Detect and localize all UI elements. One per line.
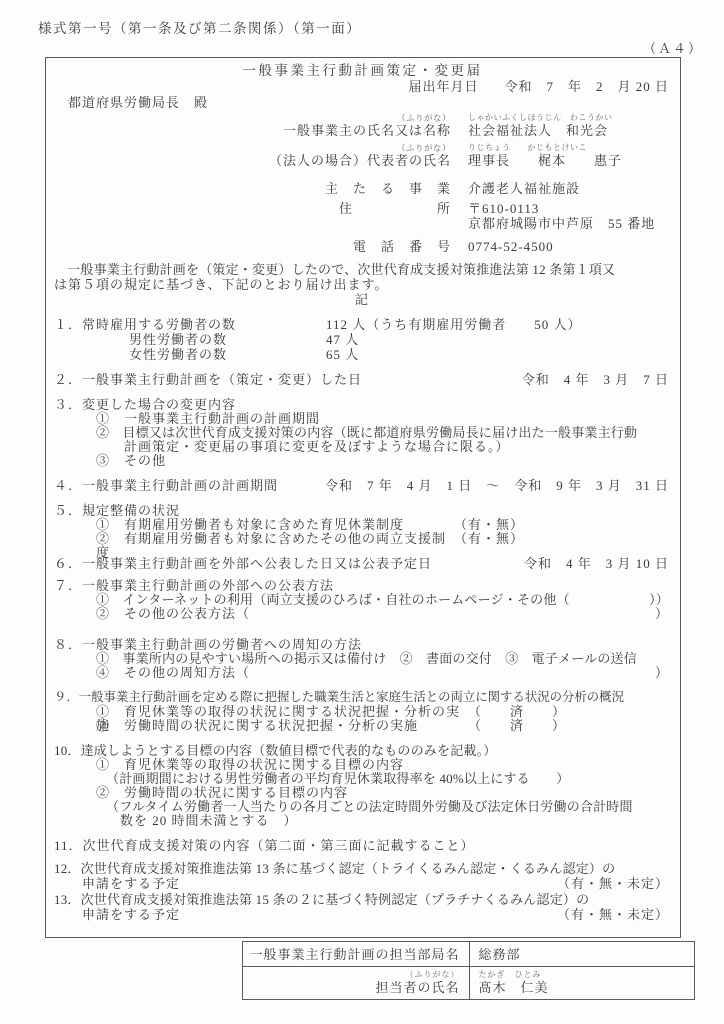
furigana-caption: （ふりがな） bbox=[54, 143, 451, 153]
item-4-value: 令和 7 年 4 月 1 日 ～ 令和 9 年 3 月 31 日 bbox=[325, 478, 671, 493]
item-13-label2: 申請をする予定 bbox=[82, 907, 180, 922]
filing-date-label: 届出年月日 bbox=[408, 79, 478, 94]
contact-label: 担当者の氏名 bbox=[245, 980, 459, 996]
phone-row: 電 話 番 号 0774-52-4500 bbox=[54, 239, 671, 254]
item-1-total: 112 人（うち有期雇用労働者 50 人） bbox=[326, 317, 582, 332]
paper-size-label: （Ａ４） bbox=[643, 41, 703, 56]
item-5-sub1-choice: （有・無） bbox=[454, 518, 524, 532]
contact-person-row: （ふりがな） 担当者の氏名 たかぎ ひとみ 髙木 仁美 bbox=[243, 967, 695, 1000]
item-3-sub3: ③ その他 bbox=[54, 454, 671, 468]
item-6-publication-date: ６．一般事業主行動計画を外部へ公表した日又は公表予定日 令和 4 年 3 月 1… bbox=[54, 556, 671, 571]
form-title: 一般事業主行動計画策定・変更届 bbox=[54, 63, 671, 78]
department-value-cell: 総務部 bbox=[470, 942, 695, 967]
item-10-sub1-detail: （計画期間における男性労働者の平均育児休業取得率を 40%以上にする ） bbox=[54, 772, 671, 786]
item-7-sub2-close: ） bbox=[655, 607, 671, 621]
department-row: 一般事業主行動計画の担当部局名 総務部 bbox=[243, 942, 695, 967]
furigana-caption: （ふりがな） bbox=[245, 970, 459, 980]
phone-value: 0774-52-4500 bbox=[451, 239, 554, 254]
item-7-sub1-close: ）） bbox=[649, 593, 671, 607]
item-13-label: 13．次世代育成支援対策推進法第 15 条の２に基づく特例認定（プラチナくるみん… bbox=[54, 892, 671, 907]
employer-name-label: 一般事業主の氏名又は名称 bbox=[54, 123, 451, 138]
item-8-sub1: ① 事業所内の見やすい場所への掲示又は備付け ② 書面の交付 ③ 電子メールの送… bbox=[54, 652, 671, 666]
item-8-notification-method: ８．一般事業主行動計画の労働者への周知の方法 ① 事業所内の見やすい場所への掲示… bbox=[54, 637, 671, 680]
main-business-value: 介護老人福祉施設 bbox=[451, 181, 580, 196]
item-13-choice: （有・無・未定） bbox=[557, 907, 671, 922]
item-7-publication-method: ７．一般事業主行動計画の外部への公表方法 ① インターネットの利用（両立支援のひ… bbox=[54, 578, 671, 621]
address-value: 京都府城陽市中芦原 55 番地 bbox=[451, 216, 655, 231]
item-8-sub2: ④ その他の周知方法（ bbox=[96, 666, 250, 680]
item-11-support-measures: 11．次世代育成支援対策の内容（第二面・第三面に記載すること） bbox=[54, 838, 671, 853]
employer-name-row: 一般事業主の氏名又は名称 社会福祉法人 和光会 bbox=[54, 123, 671, 138]
representative-furigana: りじちょう かじもとけいこ bbox=[451, 143, 587, 153]
form-style-number: 様式第一号（第一条及び第二条関係）（第一面） bbox=[38, 21, 361, 36]
preamble-line1: 一般事業主行動計画を（策定・変更）したので、次世代育成支援対策推進法第 12 条… bbox=[54, 262, 671, 277]
item-10-label: 10．達成しようとする目標の内容（数値目標で代表的なもののみを記載。） bbox=[54, 743, 671, 758]
item-10-goals: 10．達成しようとする目標の内容（数値目標で代表的なもののみを記載。） ① 育児… bbox=[54, 743, 671, 828]
item-7-sub2: ② その他の公表方法（ bbox=[96, 607, 250, 621]
item-10-sub2-detail-line2: 数を 20 時間未満とする ） bbox=[54, 814, 671, 828]
address-label: 住 所 bbox=[54, 201, 451, 216]
item-12-choice: （有・無・未定） bbox=[557, 876, 671, 891]
contact-info-table: 一般事業主行動計画の担当部局名 総務部 （ふりがな） 担当者の氏名 たかぎ ひと… bbox=[242, 941, 695, 1000]
item-8-sub2-close: ） bbox=[655, 666, 671, 680]
representative-furigana-row: （ふりがな） りじちょう かじもとけいこ bbox=[54, 143, 671, 153]
employer-name-furigana: しゃかいふくしほうじん わこうかい bbox=[451, 113, 613, 123]
item-10-sub2-detail-line1: （フルタイム労働者一人当たりの各月ごとの法定時間外労働及び法定休日労働の合計時間 bbox=[54, 800, 671, 814]
item-9-sub1-status: （ 済 ） bbox=[468, 705, 566, 719]
item-2-value: 令和 4 年 3 月 7 日 bbox=[522, 372, 671, 387]
item-1-female-value: 65 人 bbox=[326, 347, 359, 362]
representative-row: （法人の場合）代表者の氏名 理事長 梶本 惠子 bbox=[54, 153, 671, 168]
item-13-platinum-kurumin: 13．次世代育成支援対策推進法第 15 条の２に基づく特例認定（プラチナくるみん… bbox=[54, 892, 671, 922]
item-4-plan-period: ４．一般事業主行動計画の計画期間 令和 7 年 4 月 1 日 ～ 令和 9 年… bbox=[54, 478, 671, 493]
filing-date-value: 令和 7 年 2 月 20 日 bbox=[504, 79, 669, 94]
main-business-row: 主 た る 事 業 介護老人福祉施設 bbox=[54, 181, 671, 196]
scanned-form-page: 様式第一号（第一条及び第二条関係）（第一面） （Ａ４） 一般事業主行動計画策定・… bbox=[0, 0, 724, 1024]
item-6-value: 令和 4 年 3 月 10 日 bbox=[524, 556, 671, 571]
item-4-label: ４．一般事業主行動計画の計画期間 bbox=[54, 478, 278, 493]
record-mark: 記 bbox=[54, 292, 671, 307]
item-12-kurumin-certification: 12．次世代育成支援対策推進法第 13 条に基づく認定（トライくるみん認定・くる… bbox=[54, 861, 671, 891]
employer-name-furigana-row: （ふりがな） しゃかいふくしほうじん わこうかい bbox=[54, 113, 671, 123]
item-3-sub2: ② 目標又は次世代育成支援対策の内容（既に都道府県労働局長に届け出た一般事業主行… bbox=[54, 426, 671, 440]
item-9-label: ９．一般事業主行動計画を定める際に把握した職業生活と家庭生活との両立に関する状況… bbox=[54, 690, 671, 705]
contact-label-cell: （ふりがな） 担当者の氏名 bbox=[243, 967, 470, 1000]
phone-label: 電 話 番 号 bbox=[54, 239, 451, 254]
item-1-label: １．常時雇用する労働者の数 bbox=[54, 317, 326, 332]
contact-name-cell: たかぎ ひとみ 髙木 仁美 bbox=[470, 967, 695, 1000]
item-3-sub2-cont: 計画策定・変更届の事項に変更を及ぼすような場合に限る。） bbox=[54, 440, 671, 454]
item-1-female-label: 女性労働者の数 bbox=[54, 347, 326, 362]
item-9-sub1: ① 育児休業等の取得の状況に関する状況把握・分析の実施 bbox=[96, 705, 468, 719]
item-5-label: ５．規定整備の状況 bbox=[54, 503, 671, 518]
item-7-label: ７．一般事業主行動計画の外部への公表方法 bbox=[54, 578, 671, 593]
item-9-sub2: ② 労働時間の状況に関する状況把握・分析の実施 bbox=[96, 719, 468, 733]
item-1-male-label: 男性労働者の数 bbox=[54, 332, 326, 347]
item-2-label: ２．一般事業主行動計画を（策定・変更）した日 bbox=[54, 372, 362, 387]
item-1-employee-counts: １．常時雇用する労働者の数112 人（うち有期雇用労働者 50 人） 男性労働者… bbox=[54, 317, 671, 362]
representative-label: （法人の場合）代表者の氏名 bbox=[54, 153, 451, 168]
address-row: 住 所 〒610-0113 bbox=[54, 201, 671, 216]
item-9-situation-analysis: ９．一般事業主行動計画を定める際に把握した職業生活と家庭生活との両立に関する状況… bbox=[54, 690, 671, 733]
item-10-sub1: ① 育児休業等の取得の状況に関する目標の内容 bbox=[54, 758, 671, 772]
addressee-label: 都道府県労働局長 殿 bbox=[54, 95, 671, 110]
contact-name: 髙木 仁美 bbox=[478, 980, 692, 996]
item-1-male-value: 47 人 bbox=[326, 332, 359, 347]
item-6-label: ６．一般事業主行動計画を外部へ公表した日又は公表予定日 bbox=[54, 556, 432, 571]
item-5-sub2-choice: （有・無） bbox=[454, 532, 524, 546]
item-7-sub1: ① インターネットの利用（両立支援のひろば・自社のホームページ・その他（ bbox=[96, 593, 570, 607]
main-business-label: 主 た る 事 業 bbox=[54, 181, 451, 196]
item-12-label: 12．次世代育成支援対策推進法第 13 条に基づく認定（トライくるみん認定・くる… bbox=[54, 861, 671, 876]
item-5-sub1: ① 有期雇用労働者も対象に含めた育児休業制度 bbox=[96, 518, 454, 532]
item-12-label2: 申請をする予定 bbox=[82, 876, 180, 891]
filing-date-row: 届出年月日令和 7 年 2 月 20 日 bbox=[54, 79, 671, 94]
item-3-label: ３．変更した場合の変更内容 bbox=[54, 397, 671, 412]
item-9-sub2-status: （ 済 ） bbox=[468, 719, 566, 733]
item-3-sub1: ① 一般事業主行動計画の計画期間 bbox=[54, 412, 671, 426]
employer-name-value: 社会福祉法人 和光会 bbox=[451, 123, 608, 138]
item-2-plan-date: ２．一般事業主行動計画を（策定・変更）した日 令和 4 年 3 月 7 日 bbox=[54, 372, 671, 387]
item-5-regulations: ５．規定整備の状況 ① 有期雇用労働者も対象に含めた育児休業制度（有・無） ② … bbox=[54, 503, 671, 546]
department-label-cell: 一般事業主行動計画の担当部局名 bbox=[243, 942, 470, 967]
item-5-sub2: ② 有期雇用労働者も対象に含めたその他の両立支援制度 bbox=[96, 532, 454, 546]
address-line2-row: 京都府城陽市中芦原 55 番地 bbox=[54, 216, 671, 231]
preamble-line2: は第５項の規定に基づき、下記のとおり届け出ます。 bbox=[54, 277, 671, 292]
furigana-caption: （ふりがな） bbox=[54, 113, 451, 123]
item-3-change-details: ３．変更した場合の変更内容 ① 一般事業主行動計画の計画期間 ② 目標又は次世代… bbox=[54, 397, 671, 468]
form-main-box: 一般事業主行動計画策定・変更届 届出年月日令和 7 年 2 月 20 日 都道府… bbox=[45, 57, 681, 938]
item-8-label: ８．一般事業主行動計画の労働者への周知の方法 bbox=[54, 637, 671, 652]
preamble: 一般事業主行動計画を（策定・変更）したので、次世代育成支援対策推進法第 12 条… bbox=[54, 262, 671, 307]
representative-value: 理事長 梶本 惠子 bbox=[451, 153, 622, 168]
contact-name-furigana: たかぎ ひとみ bbox=[478, 970, 692, 980]
item-10-sub2: ② 労働時間の状況に関する目標の内容 bbox=[54, 786, 671, 800]
postal-code-value: 〒610-0113 bbox=[451, 201, 539, 216]
